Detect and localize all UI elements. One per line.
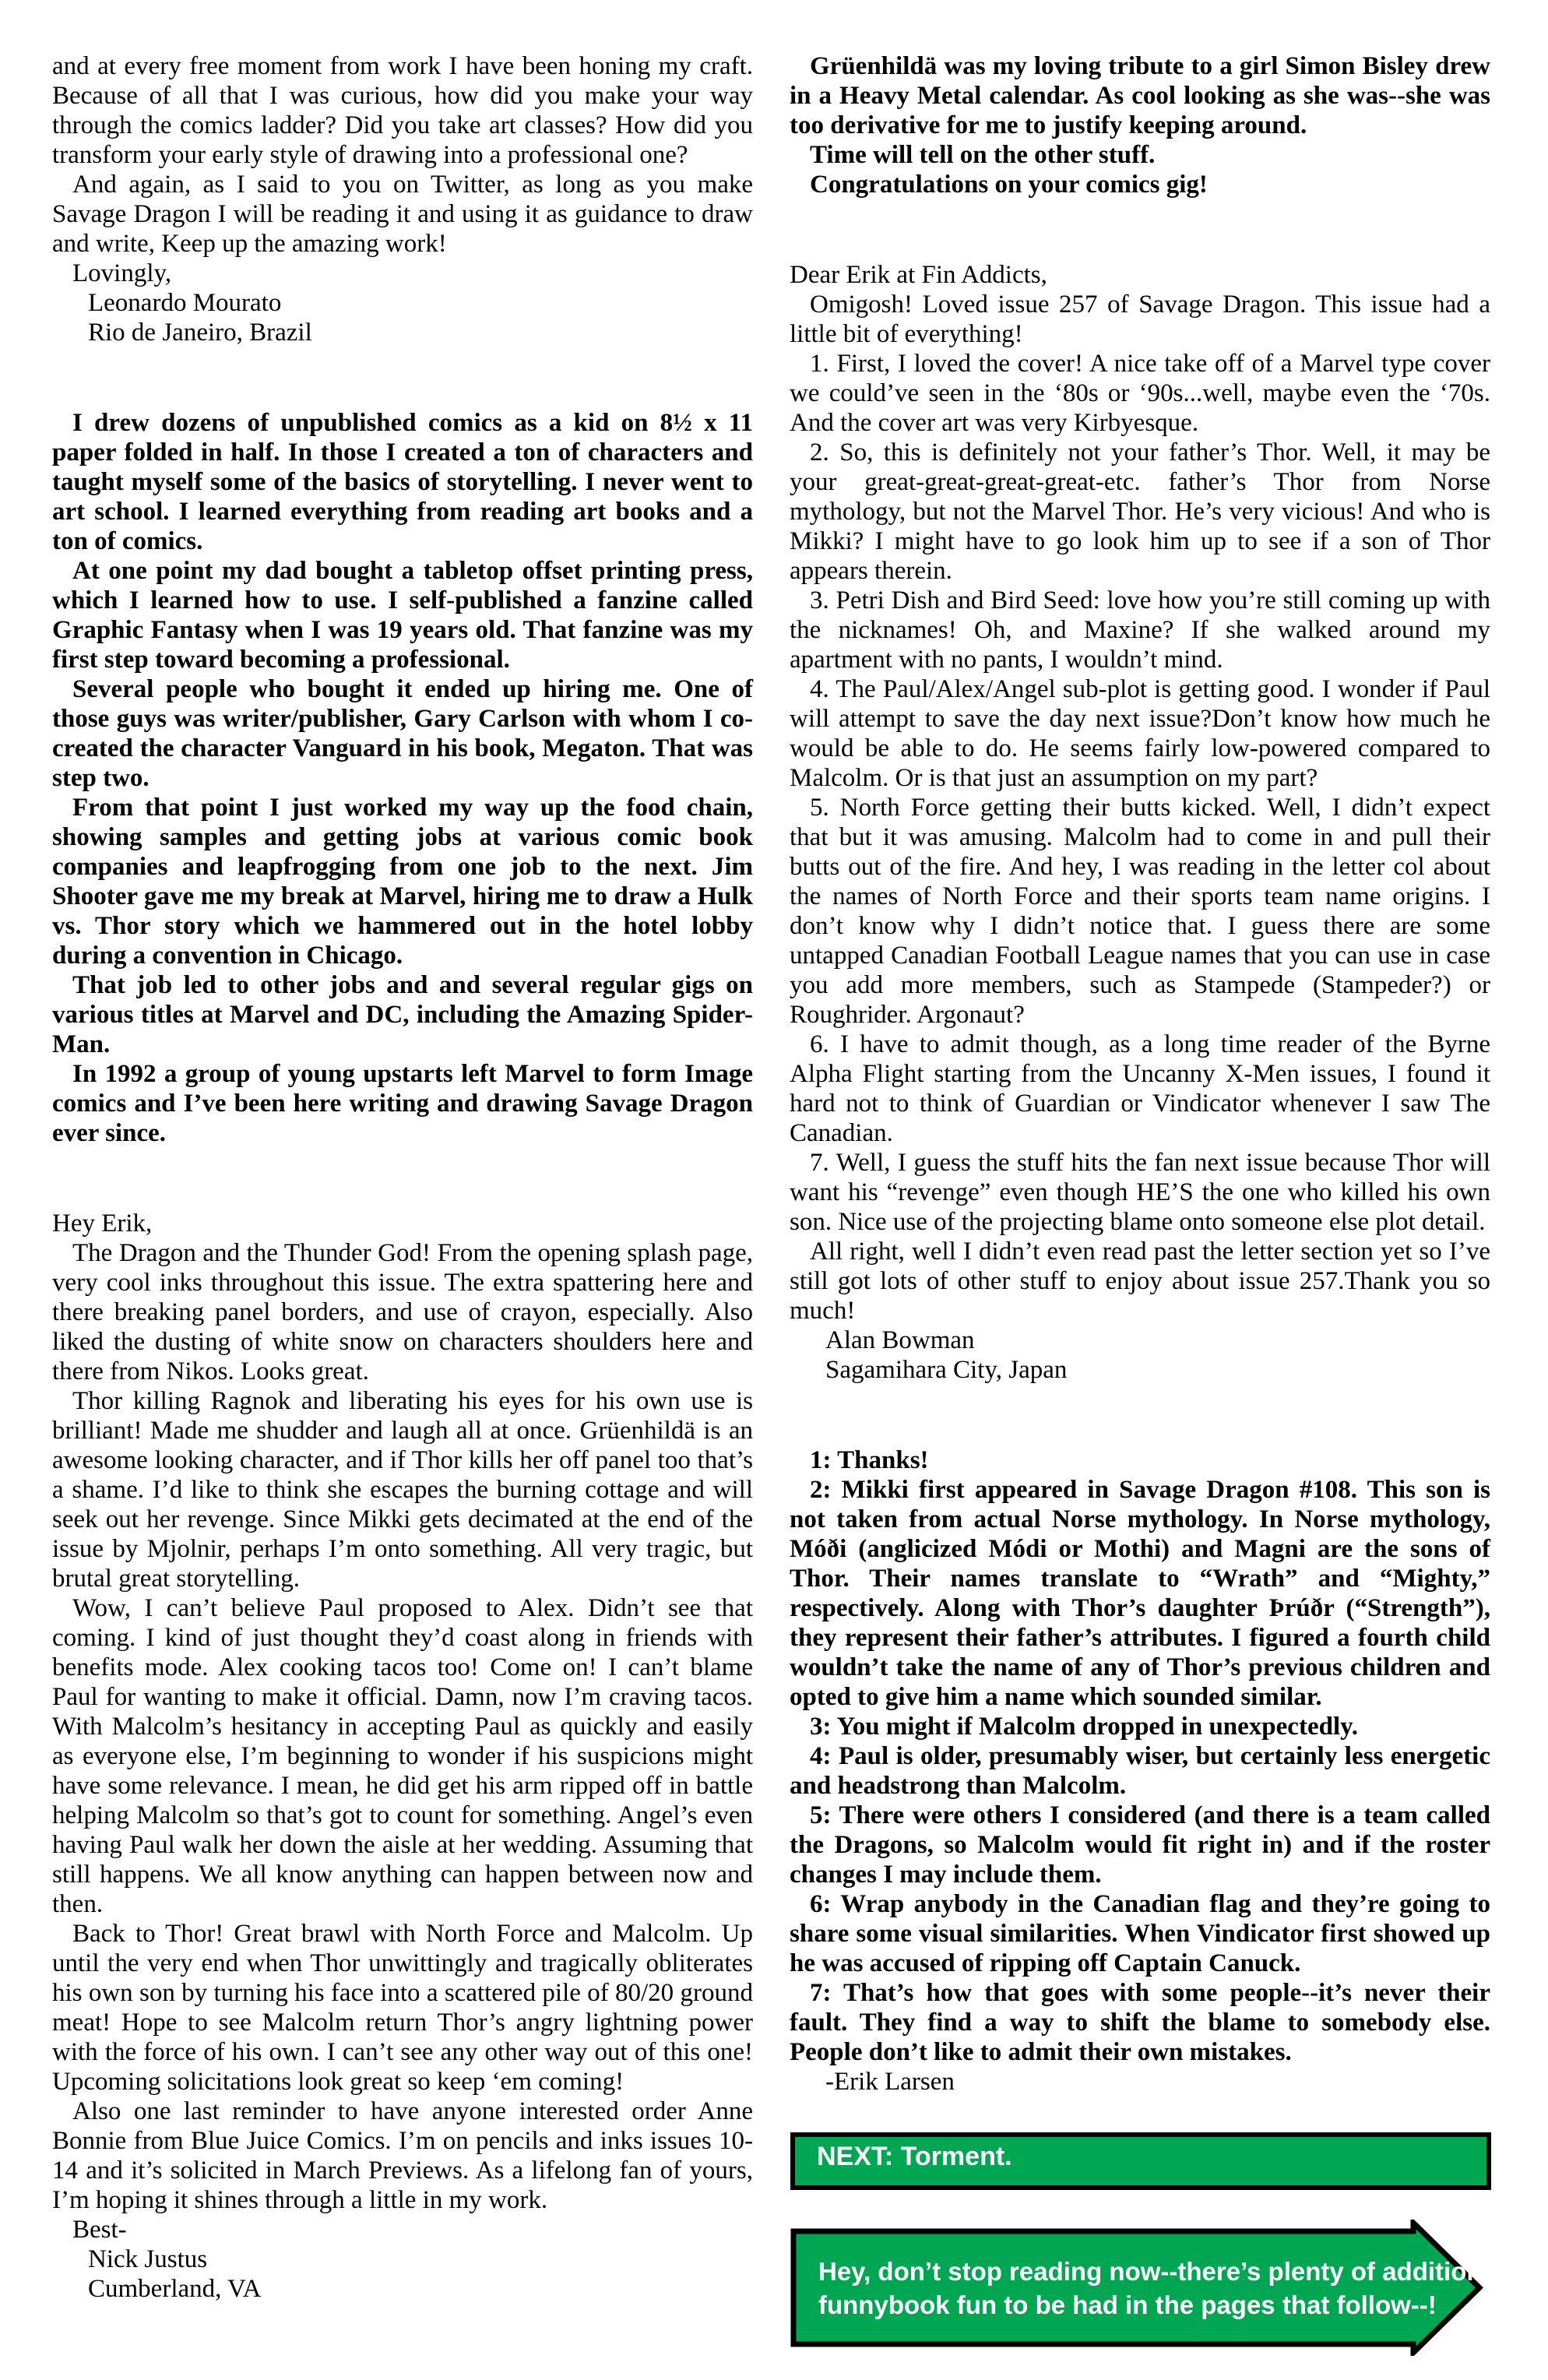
signature-line: Alan Bowman (790, 1326, 1490, 1355)
paragraph: 6: Wrap anybody in the Canadian flag and… (790, 1889, 1490, 1978)
paragraph: Omigosh! Loved issue 257 of Savage Drago… (790, 290, 1490, 349)
keep-reading-text: Hey, don’t stop reading now--there’s ple… (818, 2255, 1504, 2322)
signature-line: Nick Justus (52, 2244, 753, 2274)
signature-line: -Erik Larsen (790, 2067, 1490, 2097)
paragraph: All right, well I didn’t even read past … (790, 1237, 1490, 1326)
signature-line: Best- (52, 2215, 753, 2244)
paragraph: 7. Well, I guess the stuff hits the fan … (790, 1148, 1490, 1237)
paragraph: And again, as I said to you on Twitter, … (52, 170, 753, 259)
paragraph: Congratulations on your comics gig! (790, 170, 1490, 199)
paragraph: 5. North Force getting their butts kicke… (790, 793, 1490, 1030)
text-columns: and at every free moment from work I hav… (52, 51, 1490, 2304)
paragraph: Thor killing Ragnok and liberating his e… (52, 1386, 753, 1593)
paragraph: 4. The Paul/Alex/Angel sub-plot is getti… (790, 674, 1490, 793)
paragraph: 3. Petri Dish and Bird Seed: love how yo… (790, 586, 1490, 674)
signature-line: Cumberland, VA (52, 2274, 753, 2304)
paragraph: Grüenhildä was my loving tribute to a gi… (790, 51, 1490, 140)
paragraph: At one point my dad bought a tabletop of… (52, 556, 753, 674)
paragraph: That job led to other jobs and and sever… (52, 970, 753, 1059)
paragraph: Hey Erik, (52, 1209, 753, 1238)
paragraph: Several people who bought it ended up hi… (52, 674, 753, 793)
paragraph: 1: Thanks! (790, 1445, 1490, 1475)
paragraph: I drew dozens of unpublished comics as a… (52, 408, 753, 556)
signature-line: Leonardo Mourato (52, 288, 753, 318)
paragraph: From that point I just worked my way up … (52, 793, 753, 970)
right-column: Grüenhildä was my loving tribute to a gi… (790, 51, 1490, 2304)
paragraph: 5: There were others I considered (and t… (790, 1801, 1490, 1889)
letters-page: and at every free moment from work I hav… (0, 0, 1548, 2380)
keep-reading-line1: Hey, don’t stop reading now--there’s ple… (818, 2255, 1504, 2288)
next-issue-banner: NEXT: Torment. (790, 2132, 1491, 2190)
paragraph: 1. First, I loved the cover! A nice take… (790, 349, 1490, 438)
paragraph: 2. So, this is definitely not your fathe… (790, 438, 1490, 586)
keep-reading-banner: Hey, don’t stop reading now--there’s ple… (790, 2220, 1483, 2356)
paragraph: Back to Thor! Great brawl with North For… (52, 1919, 753, 2097)
paragraph: 3: You might if Malcolm dropped in unexp… (790, 1712, 1490, 1741)
paragraph: Wow, I can’t believe Paul proposed to Al… (52, 1593, 753, 1919)
next-issue-label: NEXT: Torment. (817, 2142, 1012, 2171)
keep-reading-line2: funnybook fun to be had in the pages tha… (818, 2288, 1504, 2322)
left-column: and at every free moment from work I hav… (52, 51, 753, 2304)
paragraph: Time will tell on the other stuff. (790, 140, 1490, 170)
paragraph: 6. I have to admit though, as a long tim… (790, 1030, 1490, 1148)
signature-line: Sagamihara City, Japan (790, 1355, 1490, 1385)
paragraph: Dear Erik at Fin Addicts, (790, 260, 1490, 290)
paragraph: and at every free moment from work I hav… (52, 51, 753, 170)
paragraph: The Dragon and the Thunder God! From the… (52, 1238, 753, 1386)
paragraph: Also one last reminder to have anyone in… (52, 2097, 753, 2215)
signature-line: Rio de Janeiro, Brazil (52, 318, 753, 347)
paragraph: In 1992 a group of young upstarts left M… (52, 1059, 753, 1148)
paragraph: 7: That’s how that goes with some people… (790, 1978, 1490, 2067)
signature-line: Lovingly, (52, 259, 753, 288)
paragraph: 2: Mikki first appeared in Savage Dragon… (790, 1475, 1490, 1712)
paragraph: 4: Paul is older, presumably wiser, but … (790, 1741, 1490, 1801)
